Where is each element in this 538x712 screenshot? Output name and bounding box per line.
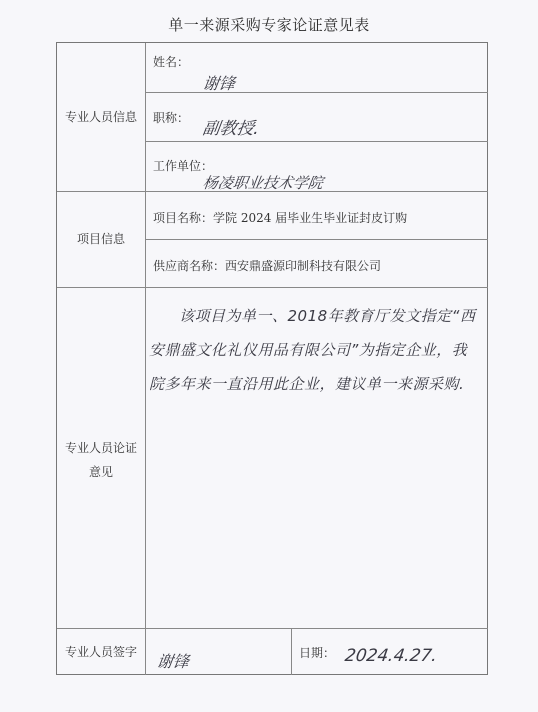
signature-label: 专业人员签字	[57, 640, 145, 664]
name-label: 姓名：	[153, 53, 189, 70]
supplier-name: 供应商名称：西安鼎盛源印制科技有限公司	[153, 257, 381, 274]
row-divider-name-title	[146, 92, 488, 93]
opinion-label-line2: 意见	[57, 460, 145, 484]
row-divider-opinion-signature	[57, 628, 488, 629]
project-info-label: 项目信息	[57, 227, 145, 251]
opinion-label-line1: 专业人员论证	[57, 436, 145, 460]
expert-info-label: 专业人员信息	[57, 105, 145, 129]
title-label: 职称：	[153, 109, 189, 126]
name-handwritten-value: 谢锋	[201, 71, 236, 94]
row-divider-project-supplier	[146, 239, 488, 240]
opinion-handwritten-text: 该项目为单一、2018年教育厅发文指定“西安鼎盛文化礼仪用品有限公司”为指定企业…	[149, 299, 481, 401]
column-divider	[145, 43, 146, 675]
project-name: 项目名称：学院 2024 届毕业生毕业证封皮订购	[153, 209, 407, 226]
title-handwritten-value: 副教授.	[201, 114, 261, 139]
row-divider-project-opinion	[57, 287, 488, 288]
date-handwritten-value: 2024.4.27.	[344, 646, 439, 666]
opinion-form-table: 专业人员信息 姓名： 谢锋 职称： 副教授. 工作单位： 杨凌职业技术学院 项目…	[56, 42, 488, 675]
row-divider-title-workplace	[146, 141, 488, 142]
signature-handwritten-value: 谢锋	[155, 649, 190, 672]
opinion-label: 专业人员论证 意见	[57, 436, 145, 484]
document-title: 单一来源采购专家论证意见表	[0, 14, 538, 35]
date-label: 日期：	[299, 644, 335, 661]
workplace-handwritten-value: 杨凌职业技术学院	[202, 172, 325, 193]
signature-date-divider	[291, 628, 292, 675]
